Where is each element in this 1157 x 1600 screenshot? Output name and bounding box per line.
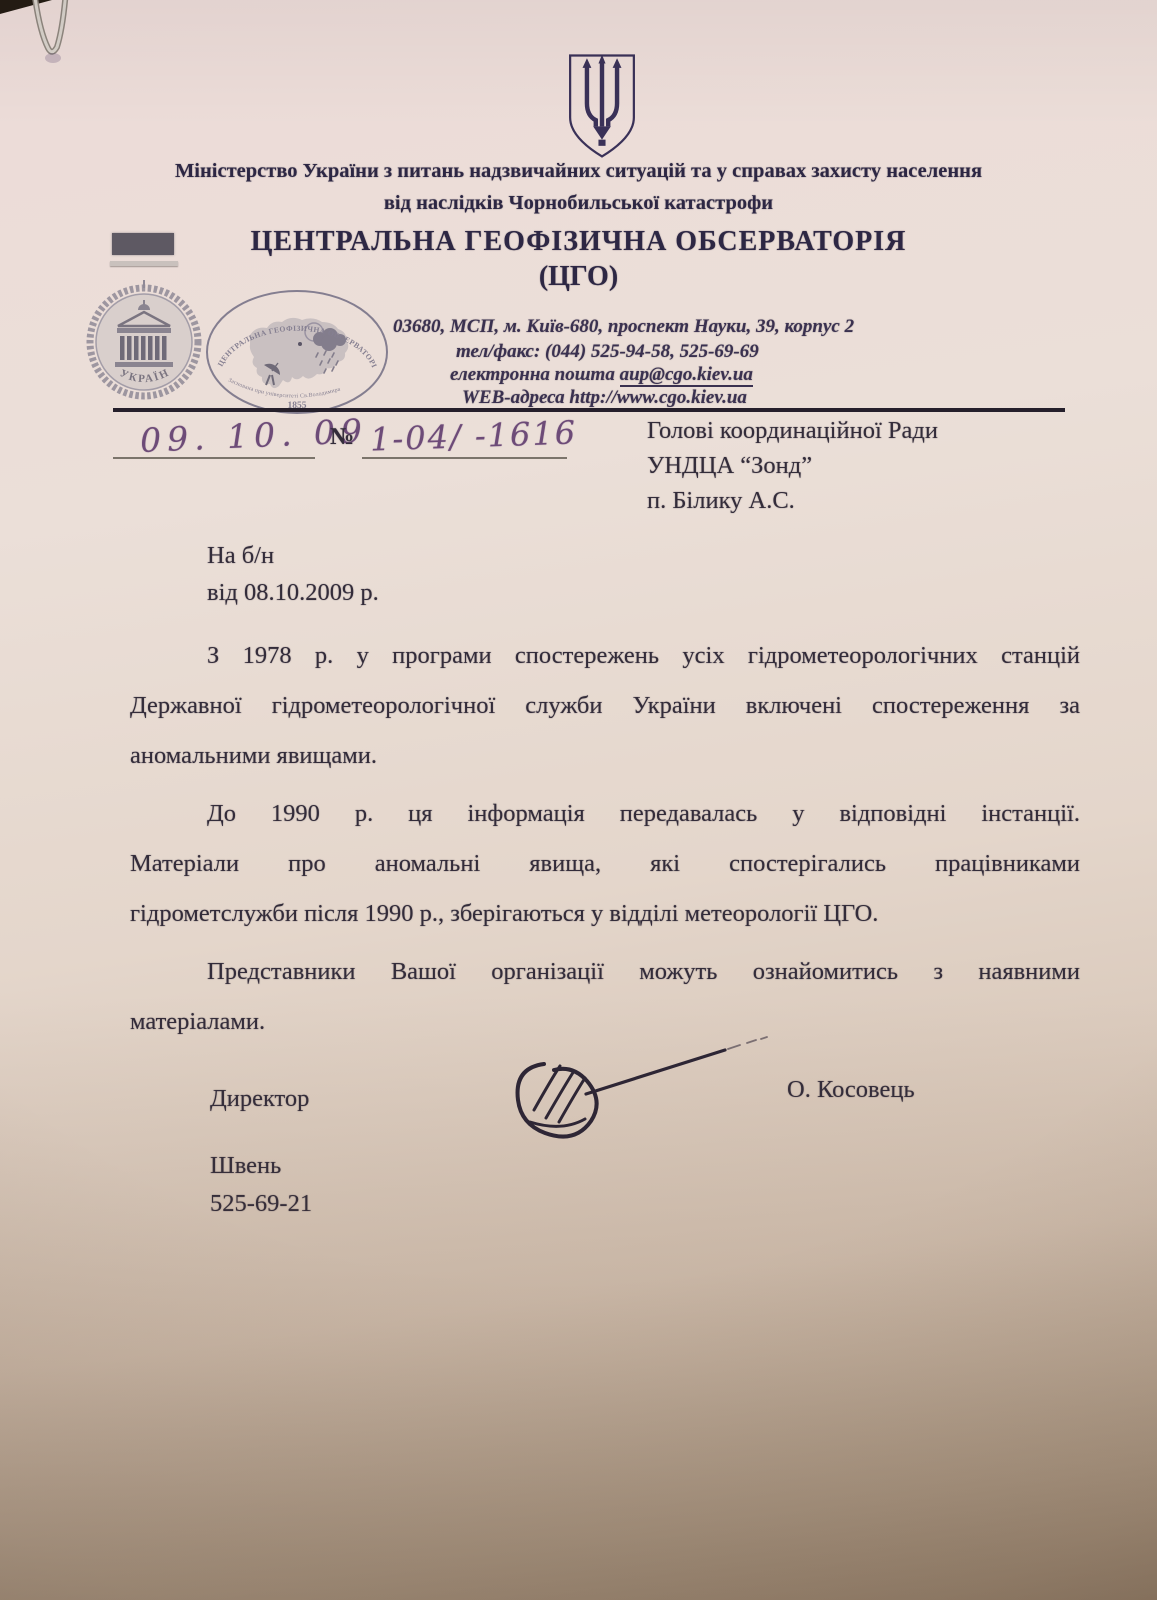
reference-block: На б/н від 08.10.2009 р. (130, 537, 1080, 611)
web-line: WEB-адреса http://www.cgo.kiev.ua (462, 387, 747, 409)
medal-icon: УКРАЇНА (84, 280, 204, 400)
ministry-line-2: від наслідків Чорнобильської катастрофи (90, 192, 1067, 215)
body-line: аномальними явищами. (130, 731, 1080, 781)
email-label: електронна пошта (450, 364, 620, 385)
medal-ribbon-bar (110, 261, 178, 266)
executor-name: Швень (210, 1152, 281, 1180)
paperclip-icon (22, 0, 80, 74)
executor-phone: 525-69-21 (210, 1190, 312, 1218)
body-line: Державної гідрометеорологічної служби Ук… (130, 681, 1080, 731)
director-title: Директор (210, 1085, 309, 1113)
body-line: З 1978 р. у програми спостережень усіх г… (130, 631, 1080, 681)
body-line: гідрометслужби після 1990 р., зберігають… (130, 889, 1080, 939)
email-line: електронна пошта aup@cgo.kiev.ua (450, 364, 753, 386)
body-line: Матеріали про аномальні явища, які спост… (130, 839, 1080, 889)
observatory-seal-icon: ЦЕНТРАЛЬНА ГЕОФІЗИЧНА ОБСЕРВАТОРІЯ Засно… (202, 287, 392, 417)
body-ref-1: На б/н (207, 537, 1080, 574)
letter-body: На б/н від 08.10.2009 р. З 1978 р. у про… (130, 537, 1080, 1047)
org-name: ЦЕНТРАЛЬНА ГЕОФІЗИЧНА ОБСЕРВАТОРІЯ (90, 226, 1067, 258)
header-rule (113, 408, 1065, 412)
medal-ribbon (112, 233, 174, 255)
body-line: До 1990 р. ця інформація передавалась у … (130, 789, 1080, 839)
addressee-line-2: УНДЦА “Зонд” (647, 452, 812, 480)
number-handwritten: 1-04/ -1616 (369, 413, 577, 458)
signer-name: О. Косовець (787, 1076, 915, 1104)
body-paragraph-2: До 1990 р. ця інформація передавалась у … (130, 789, 1080, 939)
web-address: http://www.cgo.kiev.ua (569, 387, 747, 408)
number-sign: № (330, 424, 354, 451)
address-line: 03680, МСП, м. Київ-680, проспект Науки,… (393, 316, 854, 338)
phone-line: тел/факс: (044) 525-94-58, 525-69-69 (456, 341, 759, 363)
signature-scribble-icon (478, 1030, 778, 1160)
email-address: aup@cgo.kiev.ua (620, 364, 753, 387)
number-underline (362, 457, 567, 459)
date-underline (113, 457, 315, 459)
trident-emblem-icon (562, 52, 642, 160)
body-ref-2: від 08.10.2009 р. (207, 574, 1080, 611)
addressee-line-1: Голові координаційної Ради (647, 417, 938, 445)
addressee-line-3: п. Білику А.С. (647, 487, 795, 515)
photo-of-letter: { "header": { "ministry_line1": "Міністе… (0, 0, 1157, 1600)
body-line: Представники Вашої організації можуть оз… (130, 947, 1080, 997)
ministry-line-1: Міністерство України з питань надзвичайн… (90, 160, 1067, 183)
body-paragraph-1: З 1978 р. у програми спостережень усіх г… (130, 631, 1080, 781)
web-label: WEB-адреса (462, 387, 569, 408)
